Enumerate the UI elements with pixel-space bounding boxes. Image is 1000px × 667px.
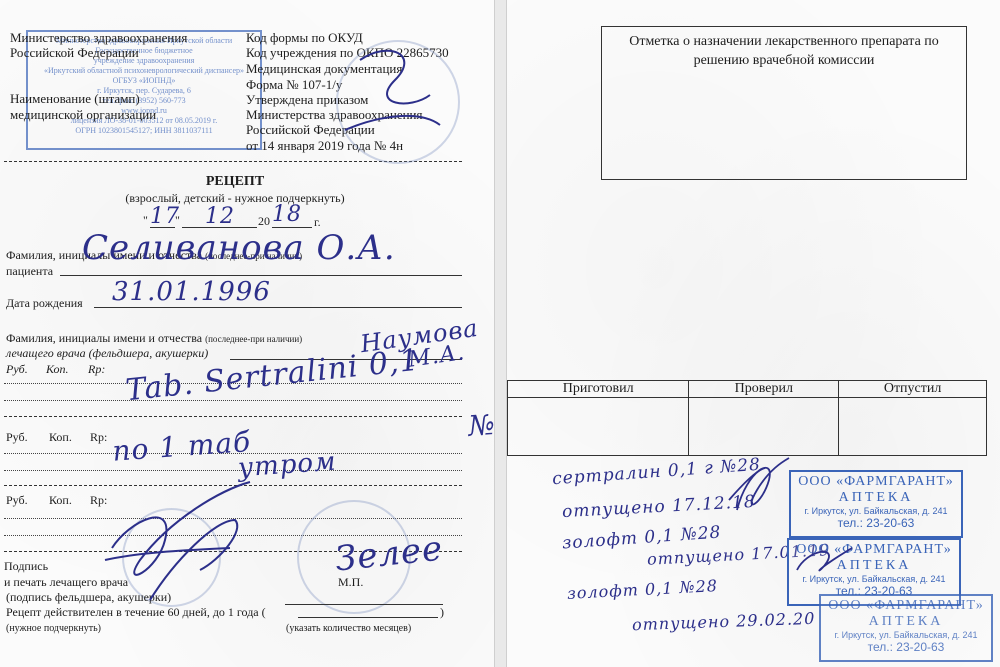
rp-label: Rp: (90, 493, 107, 507)
signature-label-3: (подпись фельдшера, акушерки) (6, 590, 171, 604)
prescription-subtitle: (взрослый, детский - нужное подчеркнуть) (0, 191, 470, 205)
org-label-line-1: Наименование (штамп) (10, 91, 140, 107)
rp-label: Rp: (88, 362, 105, 376)
birth-date-label: Дата рождения (6, 296, 83, 310)
stamp-line: ОГБУЗ «ИОПНД» (28, 76, 260, 86)
rub-label: Руб. (6, 430, 28, 444)
signature-label-1: Подпись (4, 559, 48, 573)
commission-decision-box: Отметка о назначении лекарственного преп… (601, 26, 967, 180)
prescription-back-page: Отметка о назначении лекарственного преп… (506, 0, 1000, 667)
rp-label: Rp: (90, 430, 107, 444)
patient-label: пациента (6, 264, 53, 278)
dispense-note-5: золофт 0,1 №28 (567, 576, 719, 603)
column-prepared: Приготовил (508, 381, 689, 398)
pharmacy-stamp-1: ООО «ФАРМГАРАНТ» АПТЕКА г. Иркутск, ул. … (789, 470, 963, 538)
ministry-line-2: Российской Федерации (10, 45, 139, 61)
ministry-line-1: Министерство здравоохранения (10, 30, 187, 46)
cell-dispensed (839, 398, 987, 456)
rub-label: Руб. (6, 362, 28, 376)
commission-box-title: Отметка о назначении лекарственного преп… (602, 32, 966, 70)
stamp-line: ОГРН 1023801545127; ИНН 3811037111 (28, 126, 260, 136)
rub-label: Руб. (6, 493, 28, 507)
kop-label: Коп. (46, 362, 69, 376)
kop-label: Коп. (49, 430, 72, 444)
pharmacy-stamp-3: ООО «ФАРМГАРАНТ» АПТЕКА г. Иркутск, ул. … (819, 594, 993, 662)
form-number: Форма № 107-1/у (246, 77, 342, 93)
pharmacy-signoff-table: Приготовил Проверил Отпустил (507, 380, 987, 456)
header-round-seal (336, 40, 460, 164)
date-year: 18 (272, 202, 302, 227)
kop-label: Коп. (49, 493, 72, 507)
org-label-line-2: медицинской организации (10, 107, 156, 123)
prescription-front-page: Министерство здравоохранения Иркутской о… (0, 0, 495, 667)
stamp-line: «Иркутский областной психоневрологически… (28, 66, 260, 76)
dispense-note-1: сертралин 0,1 г №28 (552, 455, 762, 490)
column-dispensed: Отпустил (839, 381, 987, 398)
column-checked: Проверил (689, 381, 839, 398)
dispense-note-6: отпущено 29.02.20 (632, 609, 816, 634)
okud-code-label: Код формы по ОКУД (246, 30, 363, 46)
validity-note-right: (указать количество месяцев) (286, 623, 411, 634)
birth-date-value: 31.01.1996 (112, 277, 271, 307)
patient-name-value: Селиванова О.А. (82, 228, 396, 268)
signature-label-2: и печать лечащего врача (4, 575, 128, 589)
validity-text: Рецепт действителен в течение 60 дней, д… (6, 605, 266, 619)
doctor-label: лечащего врача (фельдшера, акушерки) (6, 346, 208, 360)
cell-prepared (508, 398, 689, 456)
dispense-note-2: отпущено 17.12.18 (562, 492, 757, 522)
doctor-name-label: Фамилия, инициалы имени и отчества (посл… (6, 331, 302, 346)
rx-2-line-2: утром (237, 447, 337, 484)
cell-checked (689, 398, 839, 456)
validity-note-left: (нужное подчеркнуть) (6, 623, 101, 634)
prescription-title: РЕЦЕПТ (0, 173, 470, 190)
date-month: 12 (205, 204, 235, 229)
